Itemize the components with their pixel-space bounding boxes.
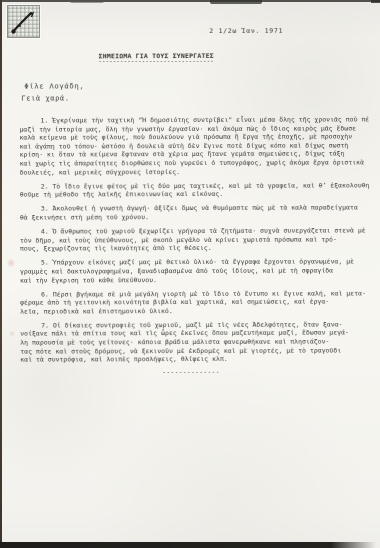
paragraph: 3. Ἀκολουθεῖ ἡ γνωστὴ ἀγωγή· ἀξίζει ὅμως… xyxy=(20,204,370,222)
end-divider: -------------- xyxy=(162,369,226,376)
title-underline: ------------------------------------ xyxy=(98,60,214,63)
scanned-letter-page: 2 1/2ω Ἰαν. 1971 ΣΗΜΕΙΩΜΑ ΓΙΑ ΤΟΥΣ ΣΥΝΕΡ… xyxy=(0,0,380,548)
title-block: ΣΗΜΕΙΩΜΑ ΓΙΑ ΤΟΥΣ ΣΥΝΕΡΓΑΤΕΣ -----------… xyxy=(98,52,214,63)
paragraph: 7. Οἱ δίκαιες συντροφιὲς τοῦ χωριοῦ, μαζ… xyxy=(20,320,370,364)
paragraph: 5. Ὑπάρχουν εἰκόνες μαζί μας μὲ θετικὸ ὑ… xyxy=(20,258,370,285)
paragraph-line: θοῦμε τὴ μέθοδο τῆς λαϊκῆς ἐπικοινωνίας … xyxy=(20,190,370,200)
document-date: 2 1/2ω Ἰαν. 1971 xyxy=(177,27,283,35)
paragraph-list: 1. Ἐγκρίναμε τὴν ταχτικὴ "Ἡ δημοσιότης σ… xyxy=(19,115,370,377)
paragraph-line: γραμμὲς καὶ δακτυλογραφημένα, ξαναδιαβασ… xyxy=(20,266,370,276)
paragraph-line: φέραμε ἀπὸ τὴ γειτονικὴ κοινότητα βιβλία… xyxy=(20,298,370,308)
letter-content: 2 1/2ω Ἰαν. 1971 ΣΗΜΕΙΩΜΑ ΓΙΑ ΤΟΥΣ ΣΥΝΕΡ… xyxy=(0,0,380,548)
paragraph: 2. Τὸ ἴδιο ἔγινε φέτος μὲ τὶς δύο μας τα… xyxy=(20,181,370,199)
paragraph-line: καὶ τὴν ἔγκριση τοῦ κάθε ὑπεύθυνου. xyxy=(20,275,370,285)
paragraph: 6. Πέρσι βγήκαμε σὲ μιὰ μεγάλη γιορτὴ μὲ… xyxy=(20,289,370,316)
paragraph-line: θὰ ξεκινήσει στὴ μέση τοῦ χρόνου. xyxy=(20,212,370,222)
paragraph-line: καὶ χωρὶς τὶς ἀπαραίτητες διορθώσεις ποὺ… xyxy=(20,158,370,168)
paragraph-line: 3. Ἀκολουθεῖ ἡ γνωστὴ ἀγωγή· ἀξίζει ὅμως… xyxy=(20,204,370,214)
paragraph: 1. Ἐγκρίναμε τὴν ταχτικὴ "Ἡ δημοσιότης σ… xyxy=(19,115,369,176)
salutation-line: Φίλε Λογάδη, xyxy=(24,82,84,90)
paragraph-line: λεῖα, περιοδικὰ καὶ ἐπιστημονικὸ ὑλικό. xyxy=(20,306,370,316)
paragraph-line: πους, ξεχωρίζοντας τὶς ἱκανότητες ἀπὸ τὶ… xyxy=(20,244,370,254)
paragraph-line: δουλειές, καὶ μερικὲς σύγχρονες ἱστορίες… xyxy=(20,167,370,177)
paragraph-line: καὶ τὰ συντρόφια, καὶ λοιπὲς προσλήψεις,… xyxy=(20,355,370,365)
paragraph: 4. Ὁ ἄνθρωπος τοῦ χωριοῦ ξεχωρίζει γρήγο… xyxy=(20,226,370,253)
salutation-line: Γειὰ χαρά. xyxy=(21,94,69,102)
